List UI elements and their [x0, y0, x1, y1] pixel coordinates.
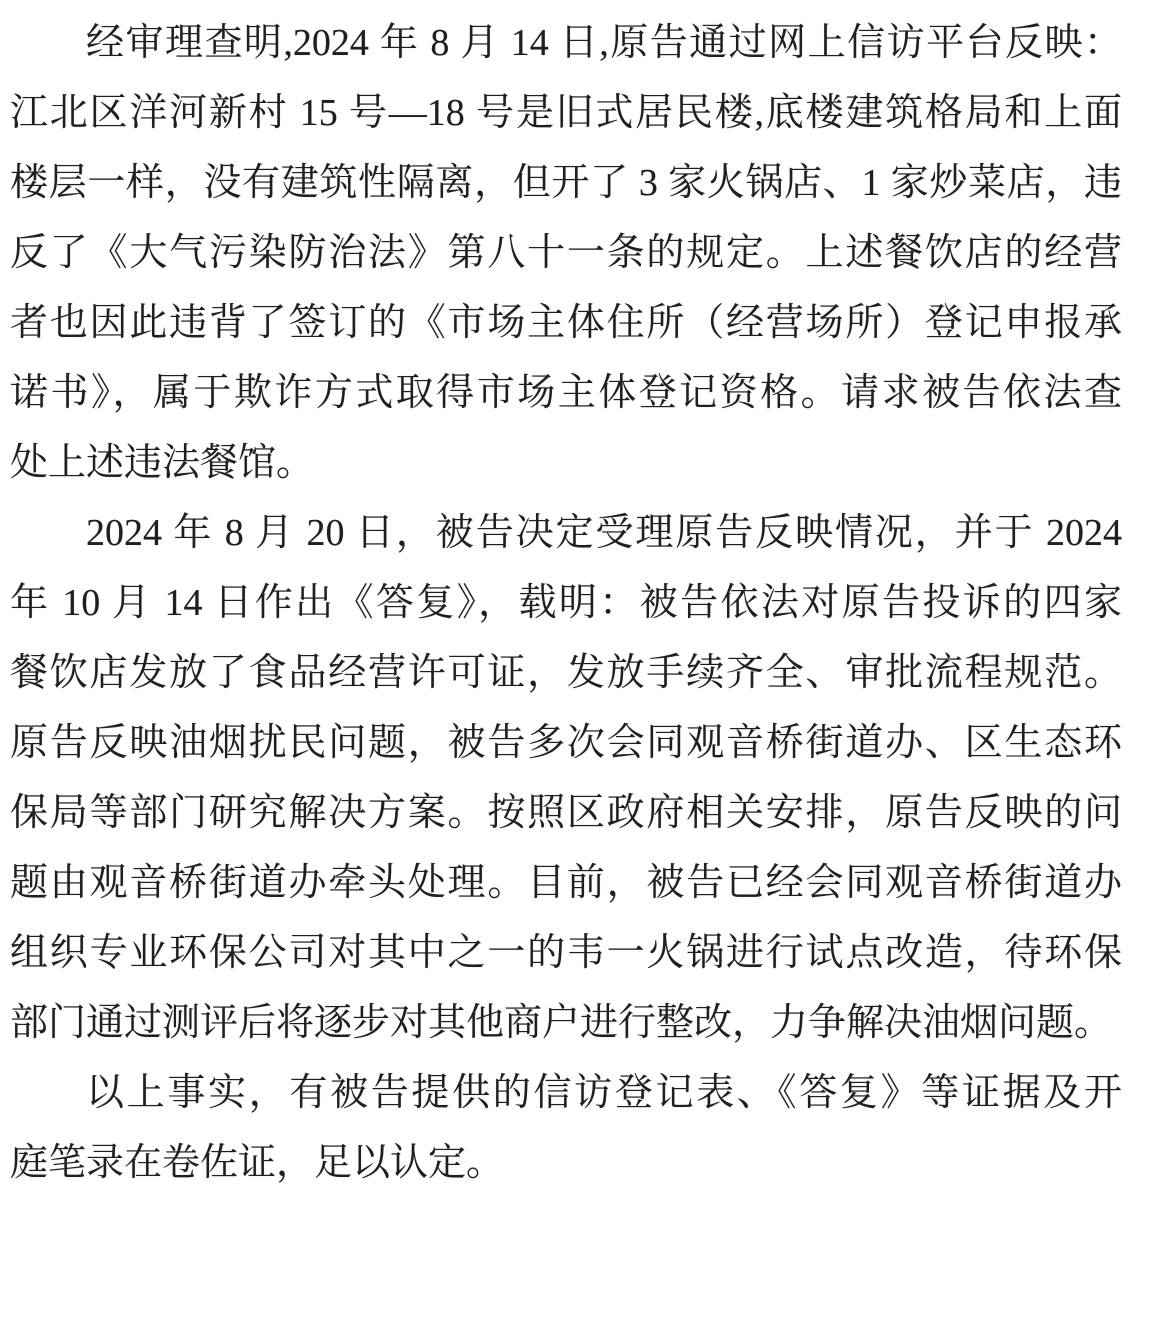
text-line: 经审理查明,2024 年 8 月 14 日,原告通过网上信访平台反映： — [10, 8, 1122, 78]
text-line: 以上事实，有被告提供的信访登记表、《答复》等证据及开 — [10, 1058, 1122, 1128]
paragraph: 经审理查明,2024 年 8 月 14 日,原告通过网上信访平台反映：江北区洋河… — [10, 8, 1122, 498]
text-line: 餐饮店发放了食品经营许可证，发放手续齐全、审批流程规范。 — [10, 638, 1122, 708]
document-page: 经审理查明,2024 年 8 月 14 日,原告通过网上信访平台反映：江北区洋河… — [0, 0, 1172, 1320]
text-line: 楼层一样，没有建筑性隔离，但开了 3 家火锅店、1 家炒菜店，违 — [10, 148, 1122, 218]
text-line: 诺书》，属于欺诈方式取得市场主体登记资格。请求被告依法查 — [10, 358, 1122, 428]
text-line: 组织专业环保公司对其中之一的韦一火锅进行试点改造，待环保 — [10, 918, 1122, 988]
text-line: 2024 年 8 月 20 日，被告决定受理原告反映情况，并于 2024 — [10, 498, 1122, 568]
paragraph: 以上事实，有被告提供的信访登记表、《答复》等证据及开庭笔录在卷佐证，足以认定。 — [10, 1058, 1122, 1198]
text-line: 处上述违法餐馆。 — [10, 428, 1122, 498]
text-line: 者也因此违背了签订的《市场主体住所（经营场所）登记申报承 — [10, 288, 1122, 358]
text-line: 反了《大气污染防治法》第八十一条的规定。上述餐饮店的经营 — [10, 218, 1122, 288]
text-line: 保局等部门研究解决方案。按照区政府相关安排，原告反映的问 — [10, 778, 1122, 848]
text-line: 题由观音桥街道办牵头处理。目前，被告已经会同观音桥街道办 — [10, 848, 1122, 918]
text-line: 原告反映油烟扰民问题，被告多次会同观音桥街道办、区生态环 — [10, 708, 1122, 778]
text-line: 年 10 月 14 日作出《答复》，载明：被告依法对原告投诉的四家 — [10, 568, 1122, 638]
text-line: 江北区洋河新村 15 号—18 号是旧式居民楼,底楼建筑格局和上面 — [10, 78, 1122, 148]
paragraph: 2024 年 8 月 20 日，被告决定受理原告反映情况，并于 2024年 10… — [10, 498, 1122, 1058]
text-line: 庭笔录在卷佐证，足以认定。 — [10, 1128, 1122, 1198]
document-body: 经审理查明,2024 年 8 月 14 日,原告通过网上信访平台反映：江北区洋河… — [10, 8, 1122, 1198]
text-line: 部门通过测评后将逐步对其他商户进行整改，力争解决油烟问题。 — [10, 988, 1122, 1058]
